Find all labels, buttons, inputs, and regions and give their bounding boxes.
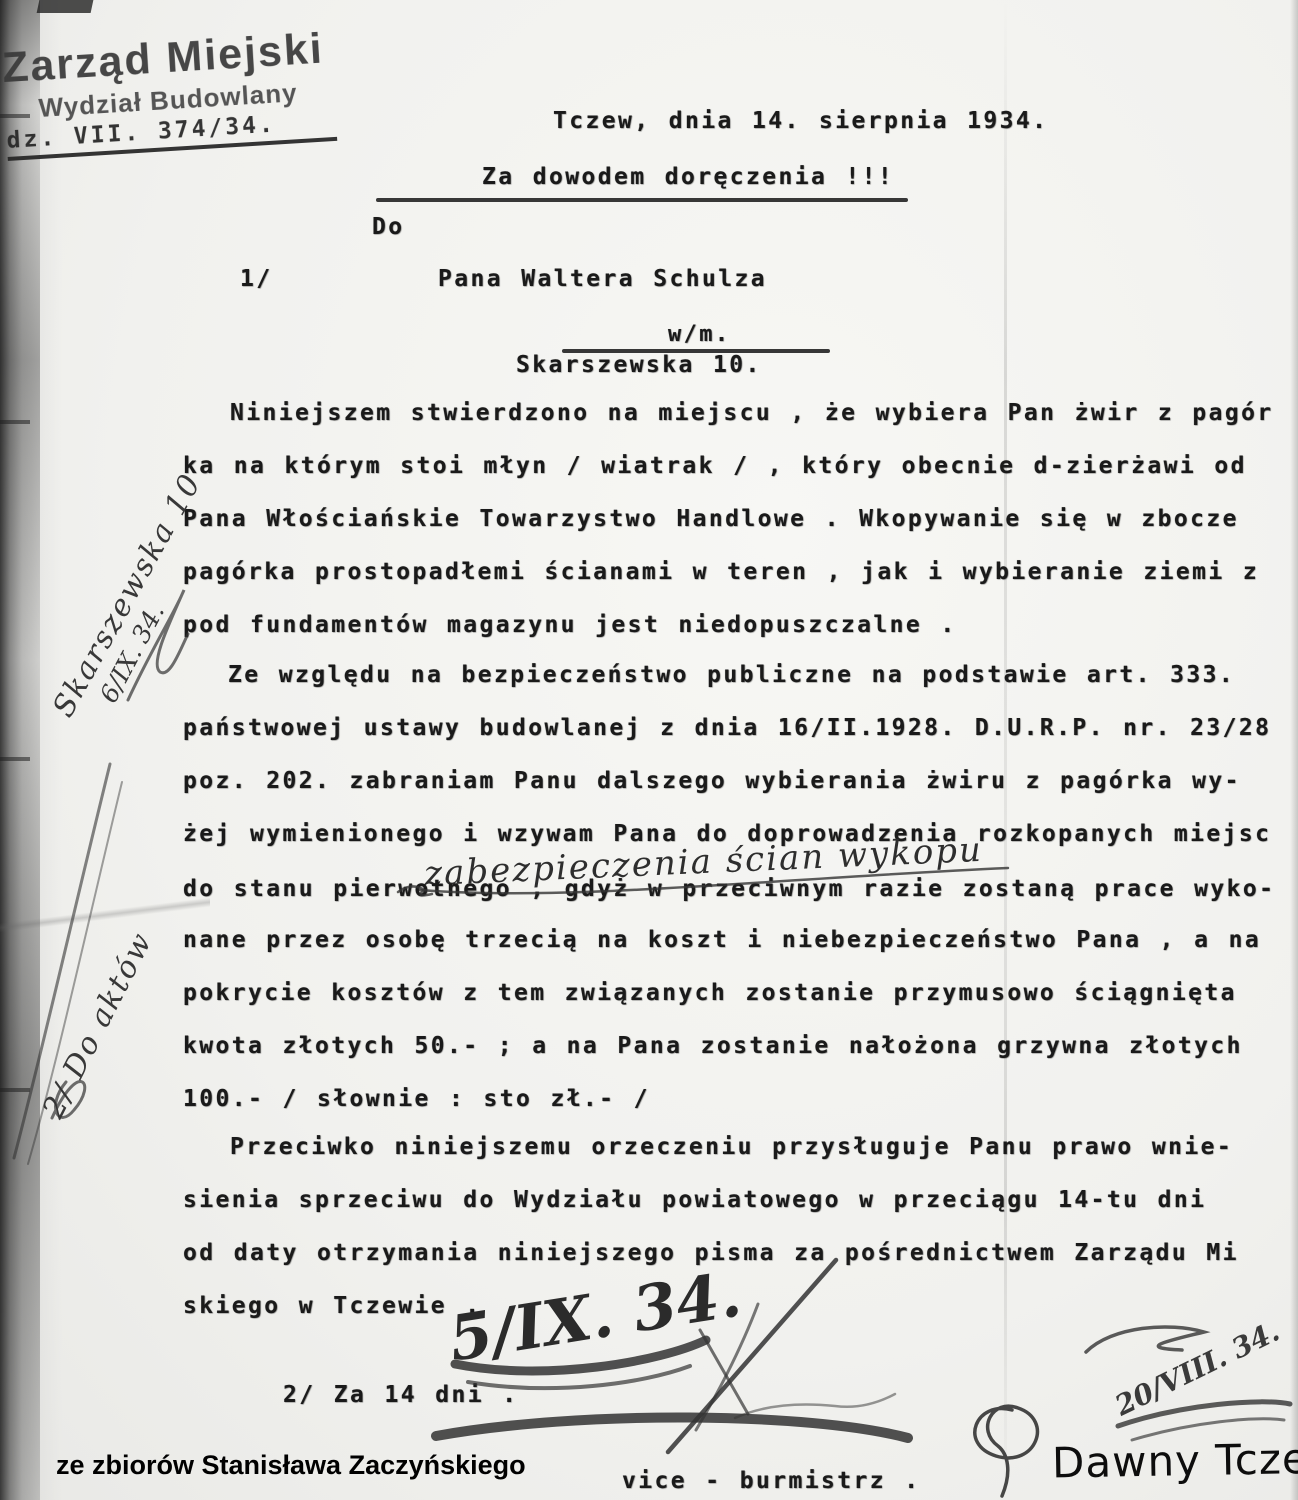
body-line: pagórka prostopadłemi ścianami w teren ,…	[183, 559, 1259, 585]
signoff-title: vice - burmistrz .	[622, 1468, 920, 1494]
copy-mark-2: 2/ Za 14 dni .	[283, 1382, 518, 1408]
body-line: sienia sprzeciwu do Wydziału powiatowego…	[183, 1187, 1206, 1213]
binding-mark	[0, 757, 30, 761]
body-line: poz. 202. zabraniam Panu dalszego wybier…	[183, 768, 1241, 794]
dateline: Tczew, dnia 14. sierpnia 1934.	[553, 108, 1048, 134]
binding-shadow-variation	[0, 0, 40, 1500]
street-address: Skarszewska 10.	[516, 352, 762, 378]
body-line: Pana Włościańskie Towarzystwo Handlowe .…	[183, 506, 1239, 532]
body-line: Ze względu na bezpieczeństwo publiczne n…	[228, 662, 1235, 688]
scan-corner-mark	[37, 0, 94, 13]
collection-caption: ze zbiorów Stanisława Zaczyńskiego	[56, 1450, 526, 1481]
body-line: Przeciwko niniejszemu orzeczeniu przysłu…	[230, 1134, 1233, 1160]
handwritten-date-right: 20/VIII. 34.	[1110, 1315, 1285, 1423]
delivery-note-underline	[376, 198, 908, 202]
body-line: pod fundamentów magazynu jest niedopuszc…	[183, 612, 957, 638]
copy-mark-1: 1/	[240, 266, 273, 292]
body-line: pokrycie kosztów z tem związanych zostan…	[183, 980, 1237, 1006]
flourish-underline	[436, 1417, 908, 1438]
horizontal-fold-crease	[0, 898, 210, 932]
body-line: Niniejszem stwierdzono na miejscu , że w…	[230, 400, 1274, 426]
body-line: nane przez osobę trzecią na koszt i nieb…	[183, 927, 1261, 953]
handwritten-date: 5/IX. 34.	[444, 1257, 746, 1375]
watermark-text: Dawny Tczew	[1052, 1433, 1298, 1487]
right-edge-shadow	[1290, 0, 1298, 1500]
binding-mark	[0, 420, 30, 424]
body-line: kwota złotych 50.- ; a na Pana zostanie …	[183, 1033, 1243, 1059]
pen-stroke-tail	[735, 1394, 895, 1418]
body-line: 100.- / słownie : sto zł.- /	[183, 1086, 650, 1112]
recipient-name: Pana Waltera Schulza	[438, 266, 767, 292]
pen-stroke-cross	[700, 1330, 748, 1414]
body-line: ka na którym stoi młyn / wiatrak / , któ…	[183, 453, 1247, 479]
scribble-top-right	[1086, 1327, 1204, 1352]
delivery-note: Za dowodem doręczenia !!!	[482, 164, 894, 190]
office-stamp: Zarząd Miejski Wydział Budowlany dz. VII…	[1, 24, 338, 161]
vertical-fold-crease	[1004, 0, 1007, 1500]
body-line: do stanu pierwotnego , gdyż w przeciwnym…	[183, 876, 1275, 902]
body-line: skiego w Tczewie .	[183, 1293, 481, 1319]
locality-mark: w/m.	[668, 322, 731, 347]
binding-mark	[0, 1088, 30, 1092]
to-label: Do	[372, 214, 405, 240]
body-line: państwowej ustawy budowlanej z dnia 16/I…	[183, 715, 1271, 741]
scanned-letter-page: Zarząd Miejski Wydział Budowlany dz. VII…	[0, 0, 1298, 1500]
